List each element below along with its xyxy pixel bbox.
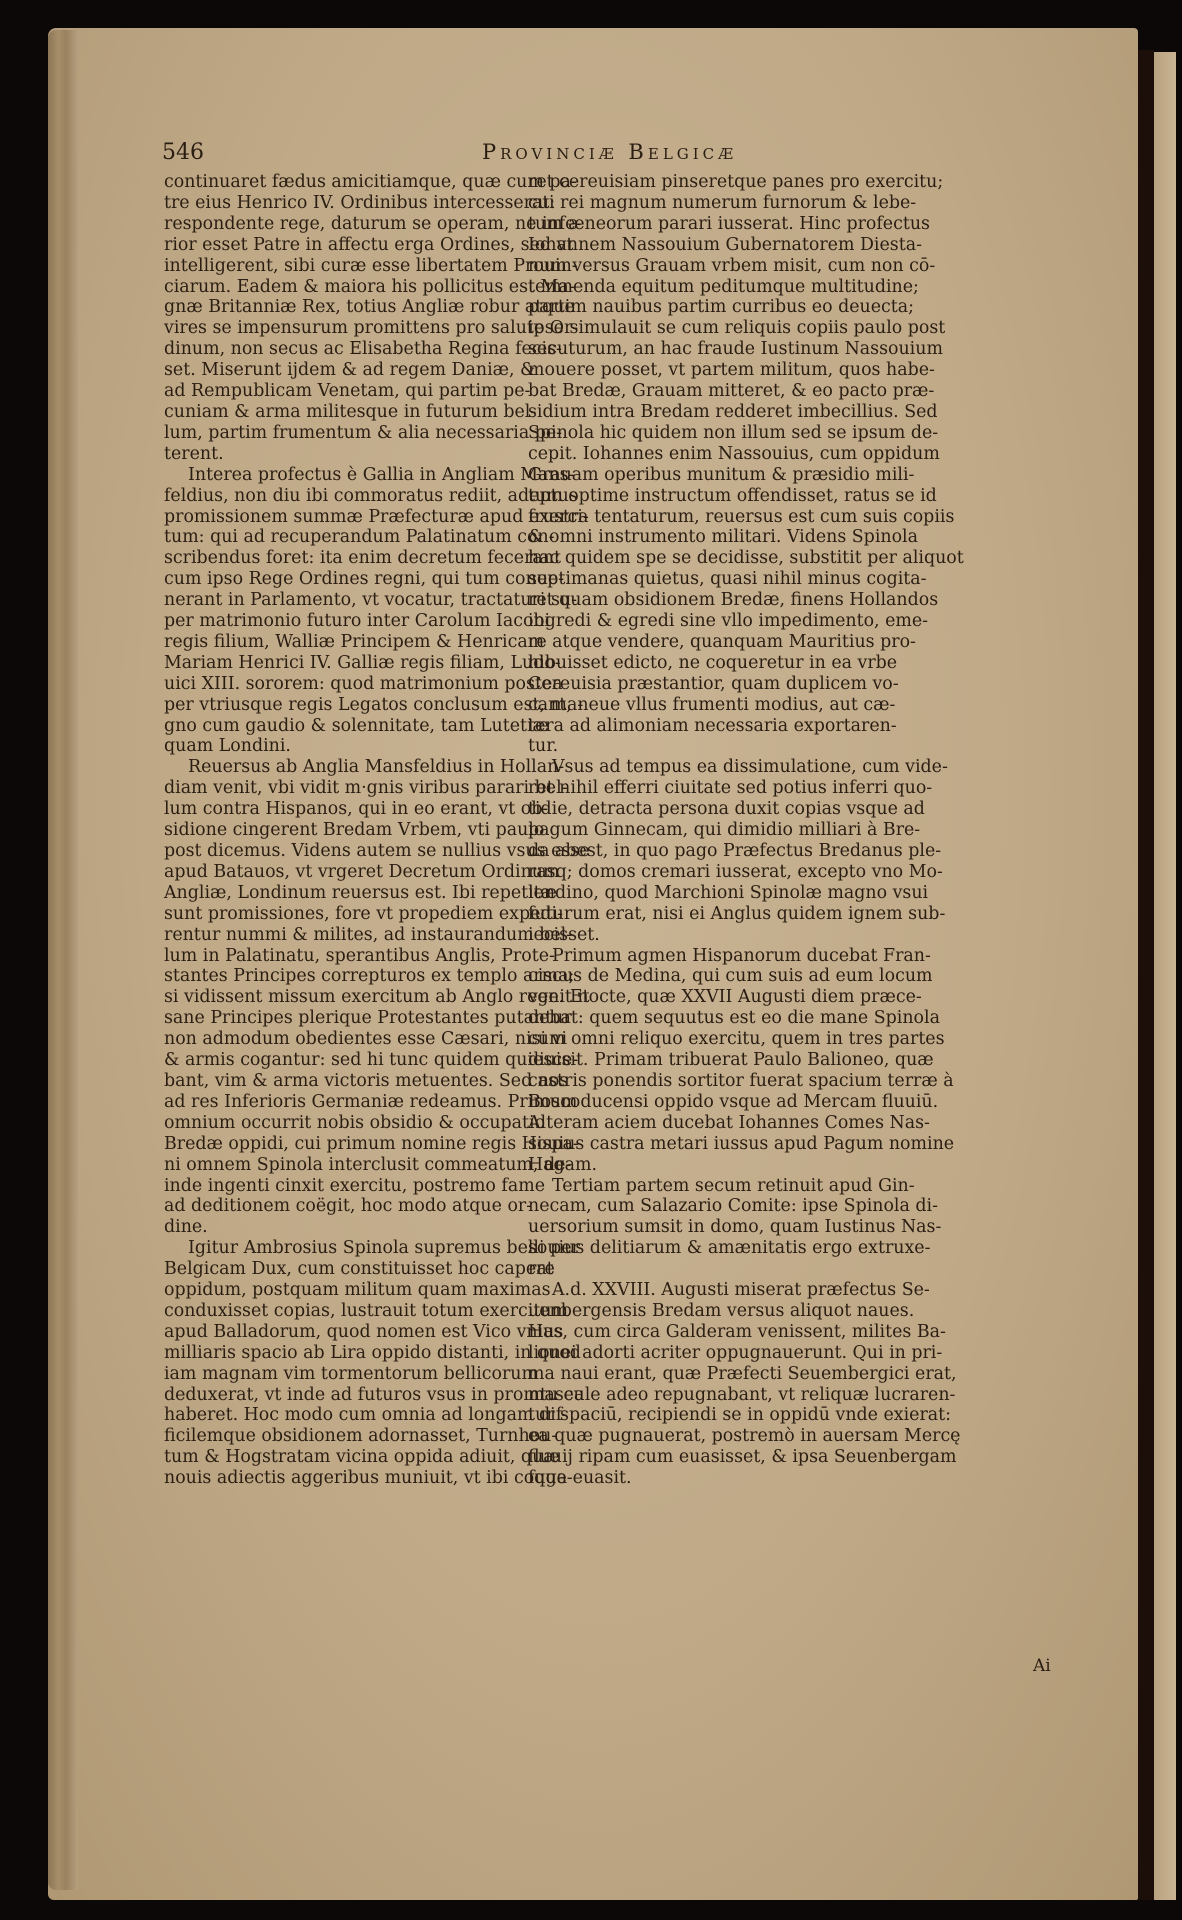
text-line: tum optime instructum offendisset, ratus… xyxy=(528,486,866,507)
text-line: quam Londini. xyxy=(164,736,510,757)
text-line: tur. xyxy=(528,736,866,757)
text-line: cepit. Iohannes enim Nassouius, cum oppi… xyxy=(528,444,866,465)
text-line: partim nauibus partim curribus eo deuect… xyxy=(528,297,866,318)
text-line: Hagam. xyxy=(528,1155,866,1176)
text-line: uenbergensis Bredam versus aliquot naues… xyxy=(528,1301,866,1322)
text-line: mouere posset, vt partem militum, quos h… xyxy=(528,360,866,381)
text-line: ret quam obsidionem Bredæ, finens Hollan… xyxy=(528,590,866,611)
text-line: lendino, quod Marchioni Spinolæ magno vs… xyxy=(528,883,866,904)
text-line: ipse simulauit se cum reliquis copiis pa… xyxy=(528,318,866,339)
text-line: oppidum, postquam militum quam maximas xyxy=(164,1280,510,1301)
text-line: ficilemque obsidionem adornasset, Turnho… xyxy=(164,1426,510,1447)
text-line: uersorium sumsit in domo, quam Iustinus … xyxy=(528,1217,866,1238)
text-line: Grauam operibus munitum & præsidio mili- xyxy=(528,465,866,486)
text-line: dine. xyxy=(164,1217,510,1238)
text-line: haberet. Hoc modo cum omnia ad longam di… xyxy=(164,1405,510,1426)
text-line: tum & Hogstratam vicina oppida adiuit, q… xyxy=(164,1447,510,1468)
text-line: Primum agmen Hispanorum ducebat Fran- xyxy=(528,946,866,967)
text-line: souius delitiarum & amænitatis ergo extr… xyxy=(528,1238,866,1259)
text-line: ad Rempublicam Venetam, qui partim pe- xyxy=(164,381,510,402)
text-line: cum ipso Rege Ordines regni, qui tum con… xyxy=(164,569,510,590)
text-line: conduxisset copias, lustrauit totum exer… xyxy=(164,1301,510,1322)
text-line: ciscus de Medina, qui cum suis ad eum lo… xyxy=(528,966,866,987)
text-line: Bredæ oppidi, cui primum nomine regis Hi… xyxy=(164,1134,510,1155)
text-line: feldius, non diu ibi commoratus rediit, … xyxy=(164,486,510,507)
text-line: milliaris spacio ab Lira oppido distanti… xyxy=(164,1343,510,1364)
text-line: lum contra Hispanos, qui in eo erant, vt… xyxy=(164,799,510,820)
text-line: rat xyxy=(528,1259,866,1280)
text-column-left: continuaret fædus amicitiamque, quæ cum … xyxy=(164,172,510,1489)
text-line: vires se impensurum promittens pro salut… xyxy=(164,318,510,339)
text-line: futurum erat, nisi ei Anglus quidem igne… xyxy=(528,904,866,925)
text-line: septimanas quietus, quasi nihil minus co… xyxy=(528,569,866,590)
text-column-right: ret cereuisiam pinseretque panes pro exe… xyxy=(528,172,866,1489)
text-line: Interea profectus è Gallia in Angliam Ma… xyxy=(164,465,510,486)
text-line: Boscoducensi oppido vsque ad Mercam fluu… xyxy=(528,1092,866,1113)
text-line: A.d. XXVIII. Augusti miserat præfectus S… xyxy=(528,1280,866,1301)
text-line: iecisset. xyxy=(528,925,866,946)
text-line: da abest, in quo pago Præfectus Bredanus… xyxy=(528,841,866,862)
text-line: mascule adeo repugnabant, vt reliquæ luc… xyxy=(528,1385,866,1406)
text-line: Angliæ, Londinum reuersus est. Ibi repet… xyxy=(164,883,510,904)
text-line: diam venit, vbi vidit m·gnis viribus par… xyxy=(164,778,510,799)
text-line: rasq; domos cremari iusserat, excepto vn… xyxy=(528,862,866,883)
text-line: omnium occurrit nobis obsidio & occupati… xyxy=(164,1113,510,1134)
text-line: dinum, non secus ac Elisabetha Regina fe… xyxy=(164,339,510,360)
text-line: ret nihil efferri ciuitate sed potius in… xyxy=(528,778,866,799)
text-line: iam magnam vim tormentorum bellicorum xyxy=(164,1364,510,1385)
page-number: 546 xyxy=(162,140,204,165)
text-line: continuaret fædus amicitiamque, quæ cum … xyxy=(164,172,510,193)
text-line: re atque vendere, quanquam Mauritius pro… xyxy=(528,632,866,653)
text-line: diuisit. Primam tribuerat Paulo Balioneo… xyxy=(528,1050,866,1071)
text-line: ad res Inferioris Germaniæ redeamus. Pri… xyxy=(164,1092,510,1113)
text-line: si vidissent missum exercitum ab Anglo r… xyxy=(164,987,510,1008)
text-line: hibuisset edicto, ne coqueretur in ea vr… xyxy=(528,653,866,674)
text-line: ad deditionem coëgit, hoc modo atque or- xyxy=(164,1196,510,1217)
text-line: stantes Principes correpturos ex templo … xyxy=(164,966,510,987)
running-title: Provinciæ Belgicæ xyxy=(482,140,737,164)
text-line: ret cereuisiam pinseretque panes pro exe… xyxy=(528,172,866,193)
text-line: cum omni reliquo exercitu, quem in tres … xyxy=(528,1029,866,1050)
text-line: bat Bredæ, Grauam mitteret, & eo pacto p… xyxy=(528,381,866,402)
text-line: tidie, detracta persona duxit copias vsq… xyxy=(528,799,866,820)
text-line: lum, partim frumentum & alia necessaria … xyxy=(164,423,510,444)
text-line: tera ad alimoniam necessaria exportaren- xyxy=(528,716,866,737)
text-line: Has, cum circa Galderam venissent, milit… xyxy=(528,1322,866,1343)
page-edge-stack xyxy=(48,30,78,1890)
text-line: deduxerat, vt inde ad futuros vsus in pr… xyxy=(164,1385,510,1406)
text-line: fluuij ripam cum euasisset, & ipsa Seuen… xyxy=(528,1447,866,1468)
text-line: inde ingenti cinxit exercitu, postremo f… xyxy=(164,1176,510,1197)
text-line: sidione cingerent Bredam Vrbem, vti paul… xyxy=(164,820,510,841)
text-line: pagum Ginnecam, qui dimidio milliari à B… xyxy=(528,820,866,841)
text-line: cuniam & arma militesque in futurum bel- xyxy=(164,402,510,423)
text-line: & omni instrumento militari. Videns Spin… xyxy=(528,527,866,548)
text-line: respondente rege, daturum se operam, ne … xyxy=(164,214,510,235)
text-line: souius castra metari iussus apud Pagum n… xyxy=(528,1134,866,1155)
text-line: hac quidem spe se decidisse, substitit p… xyxy=(528,548,866,569)
text-line: Belgicam Dux, cum constituisset hoc cape… xyxy=(164,1259,510,1280)
text-line: ni omnem Spinola interclusit commeatum, … xyxy=(164,1155,510,1176)
text-line: venit nocte, quæ XXVII Augusti diem præc… xyxy=(528,987,866,1008)
text-line: frustra tentaturum, reuersus est cum sui… xyxy=(528,507,866,528)
text-line: ma naui erant, quæ Præfecti Seuembergici… xyxy=(528,1364,866,1385)
text-line: tum æneorum parari iusserat. Hinc profec… xyxy=(528,214,866,235)
text-line: sane Principes plerique Protestantes put… xyxy=(164,1008,510,1029)
text-line: necam, cum Salazario Comite: ipse Spinol… xyxy=(528,1196,866,1217)
text-line: cui rei magnum numerum furnorum & lebe- xyxy=(528,193,866,214)
text-line: Cereuisia præstantior, quam duplicem vo- xyxy=(528,674,866,695)
text-line: nouis adiectis aggeribus muniuit, vt ibi… xyxy=(164,1468,510,1489)
text-line: per vtriusque regis Legatos conclusum es… xyxy=(164,695,510,716)
text-line: rentur nummi & milites, ad instaurandum … xyxy=(164,925,510,946)
text-line: rior esset Patre in affectu erga Ordines… xyxy=(164,235,510,256)
text-line: set. Miserunt ijdem & ad regem Daniæ, & xyxy=(164,360,510,381)
text-line: post dicemus. Videns autem se nullius vs… xyxy=(164,841,510,862)
text-line: tre eius Henrico IV. Ordinibus intercess… xyxy=(164,193,510,214)
text-line: Alteram aciem ducebat Iohannes Comes Nas… xyxy=(528,1113,866,1134)
text-line: gno cum gaudio & solennitate, tam Luteti… xyxy=(164,716,510,737)
text-line: Tertiam partem secum retinuit apud Gin- xyxy=(528,1176,866,1197)
text-line: ingredi & egredi sine vllo impedimento, … xyxy=(528,611,866,632)
text-line: non admodum obedientes esse Cæsari, nisi… xyxy=(164,1029,510,1050)
text-line: bant, vim & arma victoris metuentes. Sed… xyxy=(164,1071,510,1092)
text-line: temnenda equitum peditumque multitudine; xyxy=(528,277,866,298)
text-line: Igitur Ambrosius Spinola supremus belli … xyxy=(164,1238,510,1259)
text-line: ea quæ pugnauerat, postremò in auersam M… xyxy=(528,1426,866,1447)
text-line: cant, neue vllus frumenti modius, aut cæ… xyxy=(528,695,866,716)
text-line: Vsus ad tempus ea dissimulatione, cum vi… xyxy=(528,757,866,778)
text-line: fuga euasit. xyxy=(528,1468,866,1489)
text-line: apud Balladorum, quod nomen est Vico vni… xyxy=(164,1322,510,1343)
book-gutter xyxy=(1138,50,1154,1900)
text-line: per matrimonio futuro inter Carolum Iaco… xyxy=(164,611,510,632)
text-line: gnæ Britanniæ Rex, totius Angliæ robur a… xyxy=(164,297,510,318)
text-line: num versus Grauam vrbem misit, cum non c… xyxy=(528,256,866,277)
text-line: promissionem summæ Præfecturæ apud exerc… xyxy=(164,507,510,528)
text-line: sidium intra Bredam redderet imbecillius… xyxy=(528,402,866,423)
text-line: apud Batauos, vt vrgeret Decretum Ordinu… xyxy=(164,862,510,883)
text-line: secuturum, an hac fraude Iustinum Nassou… xyxy=(528,339,866,360)
text-line: Iohannem Nassouium Gubernatorem Diesta- xyxy=(528,235,866,256)
text-line: uici XIII. sororem: quod matrimonium pos… xyxy=(164,674,510,695)
text-line: lum in Palatinatu, sperantibus Anglis, P… xyxy=(164,946,510,967)
text-line: & armis cogantur: sed hi tunc quidem qui… xyxy=(164,1050,510,1071)
text-line: tur spaciū, recipiendi se in oppidū vnde… xyxy=(528,1405,866,1426)
page-header: 546 Provinciæ Belgicæ xyxy=(162,140,862,170)
text-line: castris ponendis sortitor fuerat spacium… xyxy=(528,1071,866,1092)
text-line: ciarum. Eadem & maiora his pollicitus es… xyxy=(164,277,510,298)
text-line: debat: quem sequutus est eo die mane Spi… xyxy=(528,1008,866,1029)
text-line: Reuersus ab Anglia Mansfeldius in Hollan… xyxy=(164,757,510,778)
text-line: terent. xyxy=(164,444,510,465)
text-line: regis filium, Walliæ Principem & Henrica… xyxy=(164,632,510,653)
text-line: sunt promissiones, fore vt propediem exp… xyxy=(164,904,510,925)
text-line: intelligerent, sibi curæ esse libertatem… xyxy=(164,256,510,277)
text-line: Mariam Henrici IV. Galliæ regis filiam, … xyxy=(164,653,510,674)
text-line: scribendus foret: ita enim decretum fece… xyxy=(164,548,510,569)
text-line: nerant in Parlamento, vt vocatur, tracta… xyxy=(164,590,510,611)
catchword: Ai xyxy=(1033,1656,1051,1676)
text-line: tum: qui ad recuperandum Palatinatum con… xyxy=(164,527,510,548)
text-line: lionei adorti acriter oppugnauerunt. Qui… xyxy=(528,1343,866,1364)
text-line: Spinola hic quidem non illum sed se ipsu… xyxy=(528,423,866,444)
facing-page-edge xyxy=(1154,52,1176,1900)
